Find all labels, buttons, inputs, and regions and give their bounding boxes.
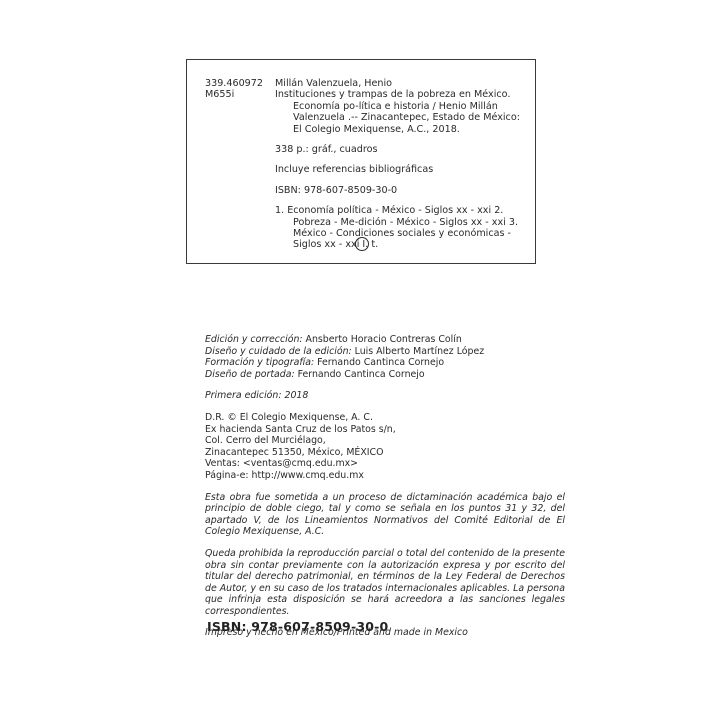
- card-title-entry: Instituciones y trampas de la pobreza en…: [275, 89, 523, 135]
- card-notes: Incluye referencias bibliográficas: [275, 164, 523, 175]
- publisher-line: Ex hacienda Santa Cruz de los Patos s/n,: [205, 424, 565, 436]
- isbn-footer: ISBN: 978-607-8509-30-0: [207, 619, 388, 634]
- credits-list: Edición y corrección: Ansberto Horacio C…: [205, 334, 565, 380]
- credit-row: Formación y tipografía: Fernando Cantinc…: [205, 357, 565, 369]
- credit-role: Edición y corrección:: [205, 334, 303, 345]
- credit-row: Edición y corrección: Ansberto Horacio C…: [205, 334, 565, 346]
- card-punch-hole-icon: [355, 237, 369, 251]
- publisher-website: Página-e: http://www.cmq.edu.mx: [205, 470, 565, 482]
- catalog-card: 339.460972 M655i Millán Valenzuela, Heni…: [186, 59, 536, 264]
- call-number-class: 339.460972: [205, 78, 275, 89]
- edition-line: Primera edición: 2018: [205, 390, 565, 402]
- credit-name: Fernando Cantinca Cornejo: [298, 369, 425, 380]
- card-isbn: ISBN: 978-607-8509-30-0: [275, 185, 523, 196]
- card-author: Millán Valenzuela, Henio: [275, 78, 523, 89]
- credit-role: Diseño y cuidado de la edición:: [205, 346, 352, 357]
- credit-name: Luis Alberto Martínez López: [355, 346, 484, 357]
- credit-role: Formación y tipografía:: [205, 357, 314, 368]
- publisher-line: Zinacantepec 51350, México, MÉXICO: [205, 447, 565, 459]
- credit-row: Diseño y cuidado de la edición: Luis Alb…: [205, 346, 565, 358]
- publisher-line: D.R. © El Colegio Mexiquense, A. C.: [205, 412, 565, 424]
- copyright-note: Queda prohibida la reproducción parcial …: [205, 548, 565, 618]
- publisher-email: Ventas: <ventas@cmq.edu.mx>: [205, 458, 565, 470]
- credit-name: Ansberto Horacio Contreras Colín: [306, 334, 462, 345]
- edition-text: Primera edición: 2018: [205, 390, 308, 401]
- publisher-line: Col. Cerro del Murciélago,: [205, 435, 565, 447]
- call-number: 339.460972 M655i: [205, 78, 275, 101]
- peer-review-note: Esta obra fue sometida a un proceso de d…: [205, 492, 565, 538]
- credit-row: Diseño de portada: Fernando Cantinca Cor…: [205, 369, 565, 381]
- publisher-info: D.R. © El Colegio Mexiquense, A. C. Ex h…: [205, 412, 565, 482]
- colophon: Edición y corrección: Ansberto Horacio C…: [205, 334, 565, 639]
- credit-role: Diseño de portada:: [205, 369, 295, 380]
- call-number-cutter: M655i: [205, 89, 275, 100]
- credit-name: Fernando Cantinca Cornejo: [317, 357, 444, 368]
- card-subjects: 1. Economía política - México - Siglos x…: [275, 205, 523, 251]
- card-physical-description: 338 p.: gráf., cuadros: [275, 144, 523, 155]
- card-body: Millán Valenzuela, Henio Instituciones y…: [275, 78, 523, 251]
